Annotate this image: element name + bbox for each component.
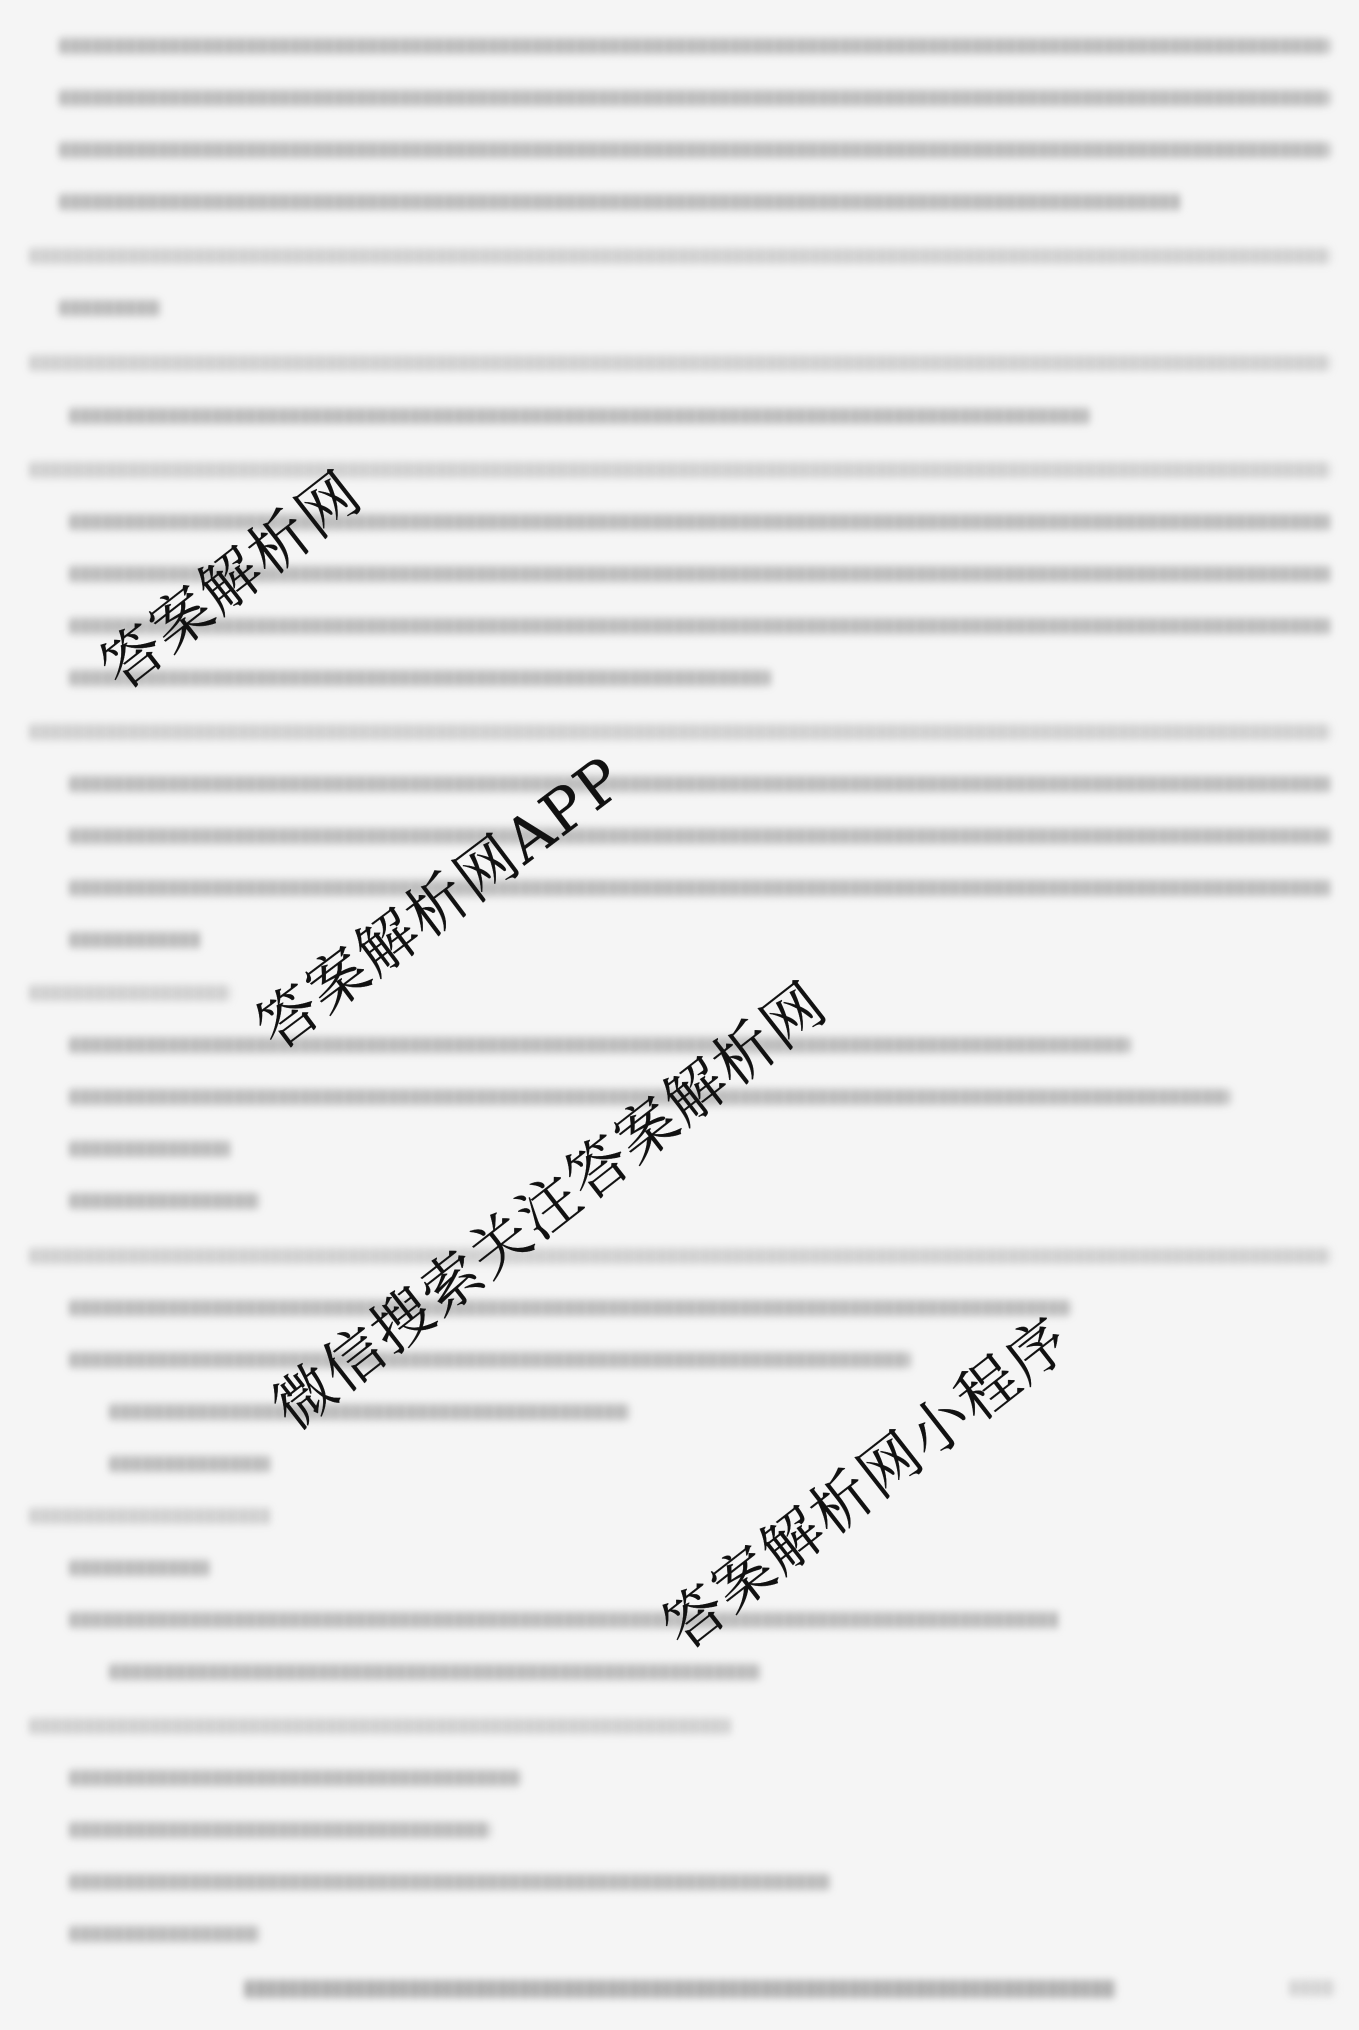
- blurred-body-text: [0, 0, 1359, 2030]
- blurred-text-line: [70, 776, 1330, 792]
- blurred-text-line: [60, 194, 1180, 210]
- blurred-text-line: [70, 1352, 910, 1368]
- blurred-text-line: [70, 1926, 260, 1942]
- blurred-text-line: [110, 1404, 630, 1420]
- blurred-text-line: [60, 142, 1330, 158]
- blurred-text-line: [70, 1612, 1060, 1628]
- blurred-text-line: [70, 670, 770, 686]
- blurred-text-line: [70, 1193, 260, 1209]
- document-page: 答案解析网 答案解析网APP 微信搜索关注答案解析网 答案解析网小程序: [0, 0, 1359, 2030]
- blurred-text-line: [70, 1770, 520, 1786]
- blurred-text-line: [70, 1037, 1130, 1053]
- blurred-text-line: [70, 1822, 490, 1838]
- blurred-text-line: [70, 1874, 830, 1890]
- blurred-text-line: [70, 828, 1330, 844]
- blurred-text-line: [30, 355, 1330, 371]
- blurred-text-line: [70, 1300, 1070, 1316]
- blurred-text-line: [30, 1508, 270, 1524]
- blurred-text-line: [30, 724, 1330, 740]
- blurred-text-line: [30, 248, 1330, 264]
- blurred-footer: [245, 1980, 1115, 1998]
- blurred-text-line: [70, 618, 1330, 634]
- blurred-text-line: [70, 932, 200, 948]
- blurred-text-line: [30, 985, 230, 1001]
- blurred-text-line: [60, 90, 1330, 106]
- blurred-text-line: [70, 408, 1090, 424]
- blurred-text-line: [110, 1664, 760, 1680]
- blurred-text-line: [110, 1456, 270, 1472]
- blurred-text-line: [30, 1248, 1330, 1264]
- blurred-text-line: [70, 1560, 210, 1576]
- blurred-text-line: [70, 880, 1330, 896]
- blurred-text-line: [70, 1141, 230, 1157]
- blurred-text-line: [60, 300, 160, 316]
- blurred-text-line: [60, 38, 1330, 54]
- blurred-page-number: [1290, 1980, 1335, 1996]
- blurred-text-line: [30, 1718, 730, 1734]
- blurred-text-line: [30, 462, 1330, 478]
